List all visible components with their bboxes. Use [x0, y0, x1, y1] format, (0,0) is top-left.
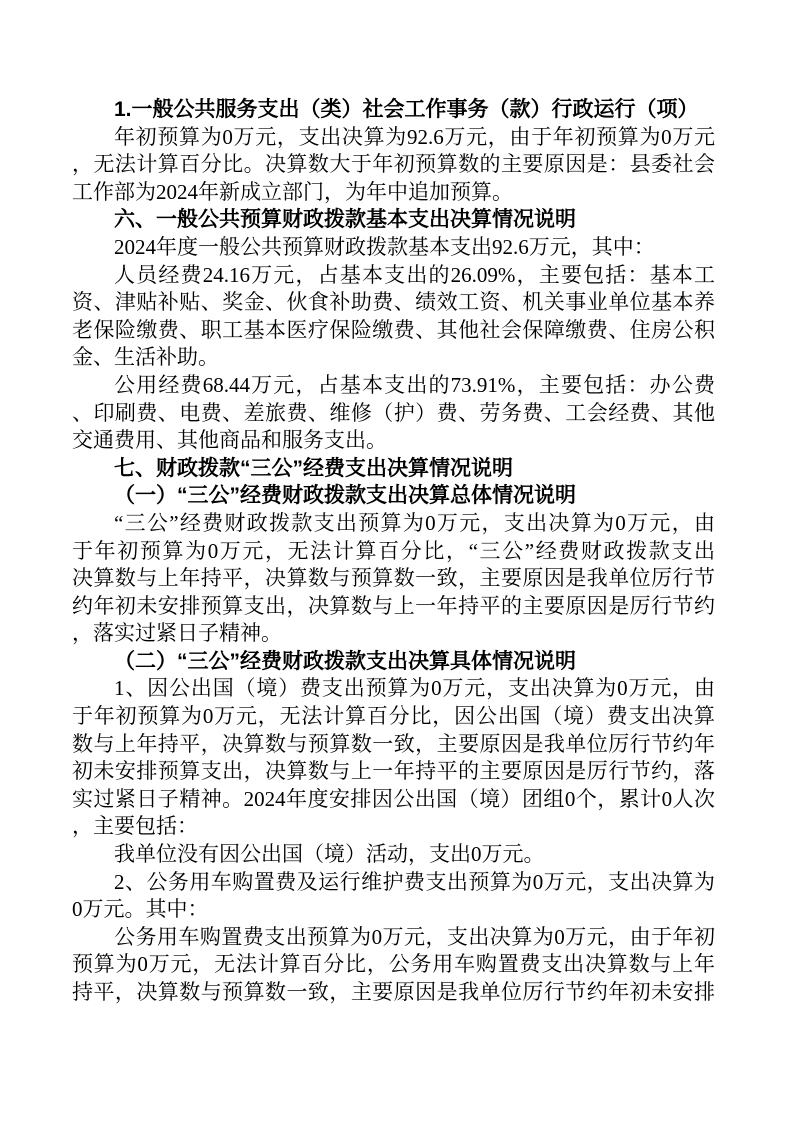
paragraph-line: ，落实过紧日子精神。 [72, 620, 715, 648]
paragraph-line: 实过紧日子精神。2024年度安排因公出国（境）团组0个，累计0人次 [72, 786, 715, 814]
document-page: 1.一般公共服务支出（类）社会工作事务（款）行政运行（项） 年初预算为0万元，支… [0, 0, 793, 1122]
paragraph-line: 交通费用、其他商品和服务支出。 [72, 427, 715, 455]
paragraph-line: 公用经费68.44万元，占基本支出的73.91%，主要包括：办公费 [72, 372, 715, 400]
paragraph-line: 公务用车购置费支出预算为0万元，支出决算为0万元，由于年初 [72, 924, 715, 952]
paragraph-line: 约年初未安排预算支出，决算数与上一年持平的主要原因是厉行节约 [72, 593, 715, 621]
heading-seven-part-two: （二）“三公”经费财政拨款支出决算具体情况说明 [72, 648, 715, 676]
heading-section-six: 六、一般公共预算财政拨款基本支出决算情况说明 [72, 206, 715, 234]
paragraph-line: 老保险缴费、职工基本医疗保险缴费、其他社会保障缴费、住房公积 [72, 317, 715, 345]
paragraph-line: 0万元。其中： [72, 896, 715, 924]
paragraph-line: 1、因公出国（境）费支出预算为0万元，支出决算为0万元，由 [72, 675, 715, 703]
paragraph-line: 我单位没有因公出国（境）活动，支出0万元。 [72, 841, 715, 869]
paragraph-line: 2、公务用车购置费及运行维护费支出预算为0万元，支出决算为 [72, 869, 715, 897]
paragraph-line: 持平，决算数与预算数一致，主要原因是我单位厉行节约年初未安排 [72, 979, 715, 1007]
paragraph-line: 资、津贴补贴、奖金、伙食补助费、绩效工资、机关事业单位基本养 [72, 289, 715, 317]
paragraph-line: 年初预算为0万元，支出决算为92.6万元，由于年初预算为0万元 [72, 124, 715, 152]
heading-item-1-admin-operation: 1.一般公共服务支出（类）社会工作事务（款）行政运行（项） [72, 96, 715, 124]
heading-seven-part-one: （一）“三公”经费财政拨款支出决算总体情况说明 [72, 482, 715, 510]
paragraph-line: 于年初预算为0万元，无法计算百分比，因公出国（境）费支出决算 [72, 703, 715, 731]
paragraph-line: 决算数与上年持平，决算数与预算数一致，主要原因是我单位厉行节 [72, 565, 715, 593]
heading-section-seven: 七、财政拨款“三公”经费支出决算情况说明 [72, 455, 715, 483]
paragraph-line: 2024年度一般公共预算财政拨款基本支出92.6万元，其中： [72, 234, 715, 262]
paragraph-line: 人员经费24.16万元，占基本支出的26.09%，主要包括：基本工 [72, 262, 715, 290]
paragraph-line: 预算为0万元，无法计算百分比，公务用车购置费支出决算数与上年 [72, 951, 715, 979]
paragraph-line: 数与上年持平，决算数与预算数一致，主要原因是我单位厉行节约年 [72, 731, 715, 759]
paragraph-line: “三公”经费财政拨款支出预算为0万元，支出决算为0万元，由 [72, 510, 715, 538]
paragraph-line: 金、生活补助。 [72, 344, 715, 372]
paragraph-line: 于年初预算为0万元，无法计算百分比，“三公”经费财政拨款支出 [72, 538, 715, 566]
paragraph-line: ，无法计算百分比。决算数大于年初预算数的主要原因是：县委社会 [72, 151, 715, 179]
paragraph-line: 工作部为2024年新成立部门，为年中追加预算。 [72, 179, 715, 207]
paragraph-line: 、印刷费、电费、差旅费、维修（护）费、劳务费、工会经费、其他 [72, 400, 715, 428]
paragraph-line: 初未安排预算支出，决算数与上一年持平的主要原因是厉行节约，落 [72, 758, 715, 786]
paragraph-line: ，主要包括： [72, 813, 715, 841]
